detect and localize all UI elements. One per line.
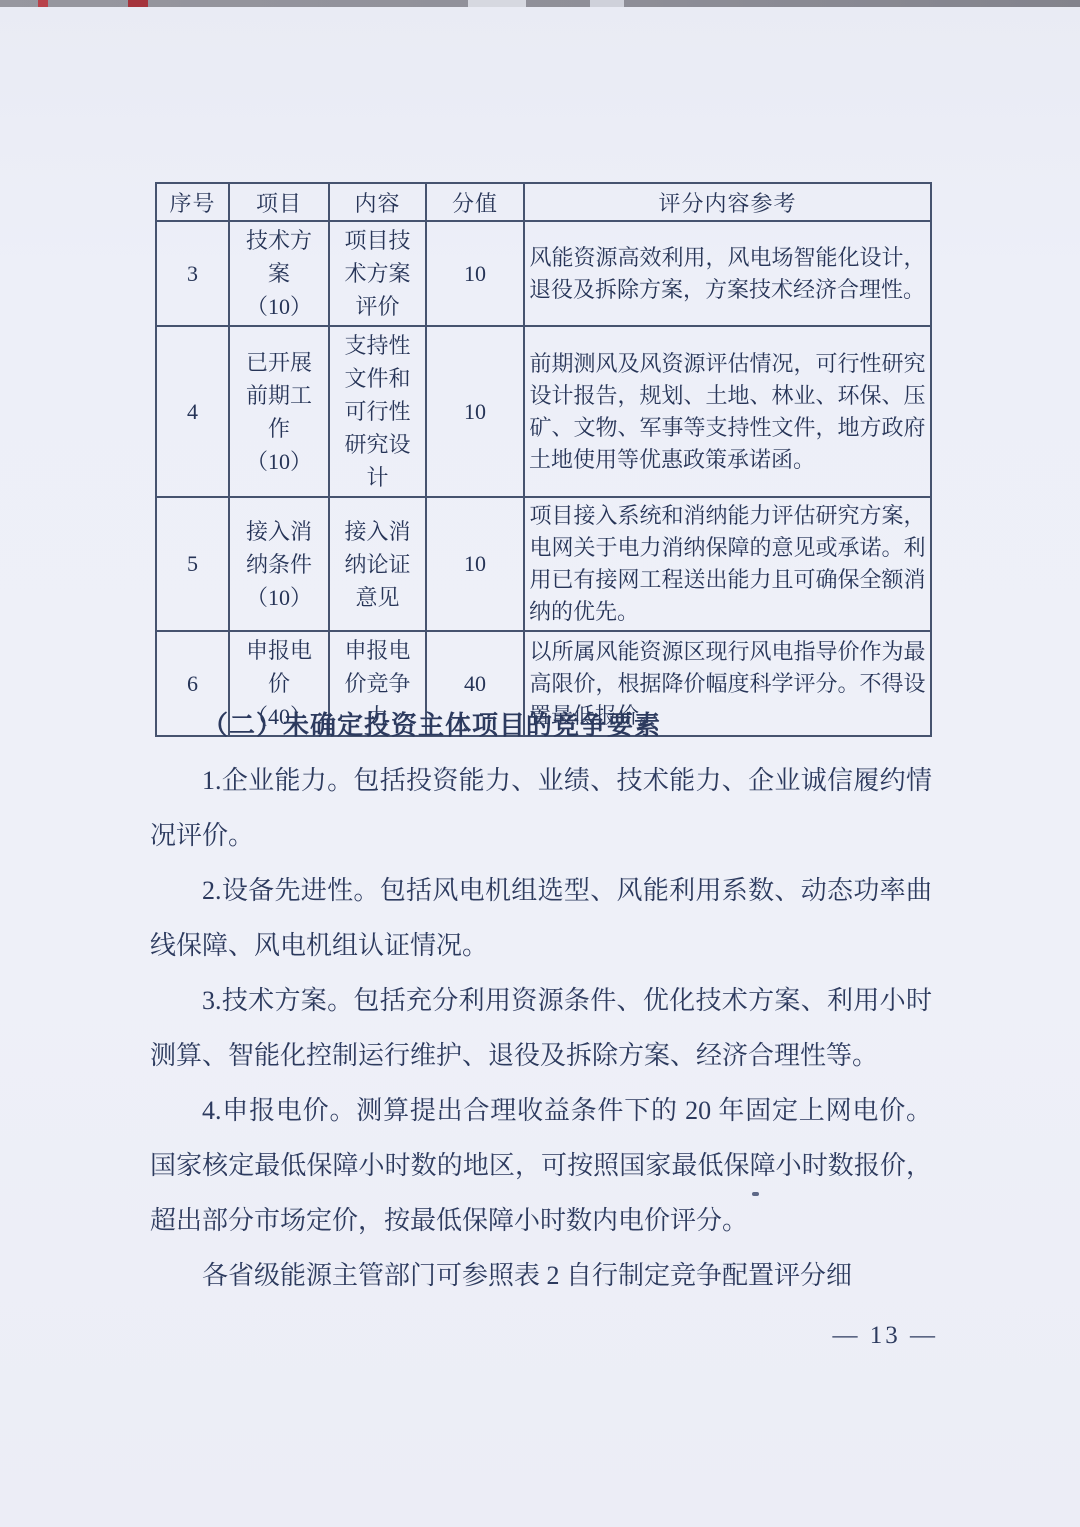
row-project: 技术方 案 （10） — [229, 221, 329, 326]
row-content: 支持性 文件和 可行性 研究设 计 — [329, 326, 426, 497]
row-project: 已开展 前期工 作 （10） — [229, 326, 329, 497]
paragraph-2: 2.设备先进性。包括风电机组选型、风能利用系数、动态功率曲线保障、风电机组认证情… — [150, 863, 932, 973]
table-row: 3 技术方 案 （10） 项目技 术方案 评价 10 风能资源高效利用，风电场智… — [156, 221, 931, 326]
header-content: 内容 — [329, 183, 426, 221]
row-score: 10 — [426, 497, 524, 631]
table-row: 5 接入消 纳条件 （10） 接入消 纳论证 意见 10 项目接入系统和消纳能力… — [156, 497, 931, 631]
document-page: 序号 项目 内容 分值 评分内容参考 3 技术方 案 （10） 项目技 术方案 … — [0, 0, 1080, 1527]
scan-crop-artifact — [0, 0, 1080, 7]
paragraph-5: 各省级能源主管部门可参照表 2 自行制定竞争配置评分细 — [150, 1248, 932, 1303]
row-reference: 项目接入系统和消纳能力评估研究方案，电网关于电力消纳保障的意见或承诺。利用已有接… — [524, 497, 931, 631]
scoring-criteria-table: 序号 项目 内容 分值 评分内容参考 3 技术方 案 （10） 项目技 术方案 … — [155, 182, 932, 737]
paragraph-1: 1.企业能力。包括投资能力、业绩、技术能力、企业诚信履约情况评价。 — [150, 753, 932, 863]
paragraph-3: 3.技术方案。包括充分利用资源条件、优化技术方案、利用小时测算、智能化控制运行维… — [150, 973, 932, 1083]
row-content: 项目技 术方案 评价 — [329, 221, 426, 326]
header-no: 序号 — [156, 183, 229, 221]
table-header-row: 序号 项目 内容 分值 评分内容参考 — [156, 183, 931, 221]
scan-blemish — [752, 1192, 759, 1196]
row-no: 5 — [156, 497, 229, 631]
header-score: 分值 — [426, 183, 524, 221]
body-text: （二）未确定投资主体项目的竞争要素 1.企业能力。包括投资能力、业绩、技术能力、… — [150, 698, 932, 1303]
table-row: 4 已开展 前期工 作 （10） 支持性 文件和 可行性 研究设 计 10 前期… — [156, 326, 931, 497]
header-project: 项目 — [229, 183, 329, 221]
page-number: — 13 — — [833, 1322, 939, 1350]
row-content: 接入消 纳论证 意见 — [329, 497, 426, 631]
header-reference: 评分内容参考 — [524, 183, 931, 221]
row-reference: 前期测风及风资源评估情况，可行性研究设计报告，规划、土地、林业、环保、压矿、文物… — [524, 326, 931, 497]
paragraph-4: 4.申报电价。测算提出合理收益条件下的 20 年固定上网电价。国家核定最低保障小… — [150, 1083, 932, 1248]
row-score: 10 — [426, 221, 524, 326]
row-reference: 风能资源高效利用，风电场智能化设计，退役及拆除方案，方案技术经济合理性。 — [524, 221, 931, 326]
row-no: 3 — [156, 221, 229, 326]
row-score: 10 — [426, 326, 524, 497]
row-project: 接入消 纳条件 （10） — [229, 497, 329, 631]
section-heading: （二）未确定投资主体项目的竞争要素 — [150, 698, 932, 753]
row-no: 4 — [156, 326, 229, 497]
